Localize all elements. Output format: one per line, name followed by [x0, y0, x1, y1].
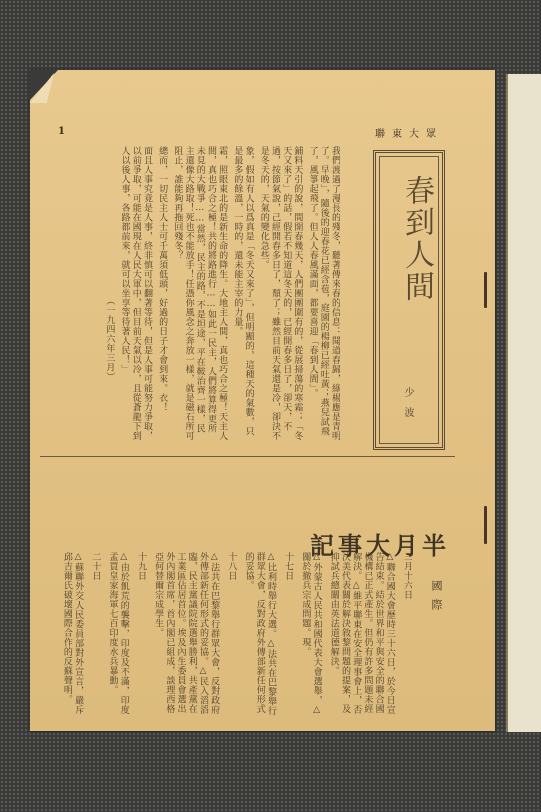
- article-paragraph: 霜，照眼東北的是新生命的降生。大地主人間，真也巧合之極！天主人間，真也巧合之極！…: [171, 146, 227, 442]
- news-entry: △外蒙古人民共和國代表大會選舉，△關於撤兵宗成問題。現。: [299, 552, 321, 722]
- article-date: （一九四六年三月）: [103, 146, 114, 442]
- news-entry: △蘇聯外交人民委員部對外宣言，嚴斥邱吉爾氏破壞國際合作的反蘇聲明。: [61, 552, 83, 722]
- adjacent-page-edge: [506, 74, 541, 732]
- article-paragraph: 面且人事究竟是人事，終非慎可以翻著等待，但是人事可能努力爭取，以前爭取，可能在國…: [118, 146, 152, 442]
- news-date: 十九日: [135, 552, 146, 722]
- news-category: 國際: [428, 580, 444, 618]
- news-entry: △聯合國大會歷時三十六日，於今日宣告結束。結於世界和平與安全的聯合國機構已正式產…: [328, 552, 395, 722]
- article-paragraph: 象，假如有人以爲真是「冬天又來了」，但明顯的，這種天的氣數，只是最多的餘溫，一時…: [231, 146, 253, 442]
- news-entry: △比利時舉行大選。△法共在巴黎舉行群眾大會，反對政府外傳部新任何形式的妥協。: [242, 552, 276, 722]
- news-entry: △法共在巴黎舉行群眾大會，反對政府外傳部新任何形式的妥協。△民入滔滔臨，民主黨議…: [152, 552, 219, 722]
- news-entries: 三月十六日 △聯合國大會歷時三十六日，於今日宣告結束。結於世界和平與安全的聯合國…: [54, 552, 412, 722]
- article-body: 我們渡過了漫長的殘冬，聽著傳來春的信息：聞道春歸，綠楊應是青明了。早晚」，隨後的…: [72, 146, 340, 442]
- article-paragraph: 鋪料天引的說，間開春幾天，人們團團圍有的，從展掃蕩的寒霜；「冬天又來了」的話，假…: [258, 146, 303, 442]
- page-number: 1: [58, 126, 65, 137]
- news-date: 十七日: [282, 552, 293, 722]
- staple-mark: [484, 272, 487, 308]
- running-head: 聯東大眾: [375, 125, 443, 140]
- article-title-box: 春到人間 少波: [373, 150, 445, 450]
- news-entry: △由於飢荒的襲擊，印度及不滿，印度孟買皇家海軍七百印度水兵暴動。: [106, 552, 128, 722]
- news-date: 二十日: [89, 552, 100, 722]
- article-author: 少波: [400, 387, 415, 427]
- article-paragraph: 我們渡過了漫長的殘冬，聽著傳來春的信息：聞道春歸，綠楊應是青明了。早晚」，隨後的…: [306, 146, 340, 442]
- staple-mark: [484, 506, 487, 544]
- news-date: 十八日: [225, 552, 236, 722]
- news-date: 三月十六日: [401, 552, 412, 722]
- section-divider: [40, 456, 455, 457]
- article-paragraph: 總而，一切民主人士可千萬須低頭，好過的日子才會到來。衣！: [156, 146, 167, 442]
- article-title: 春到人間: [394, 173, 438, 304]
